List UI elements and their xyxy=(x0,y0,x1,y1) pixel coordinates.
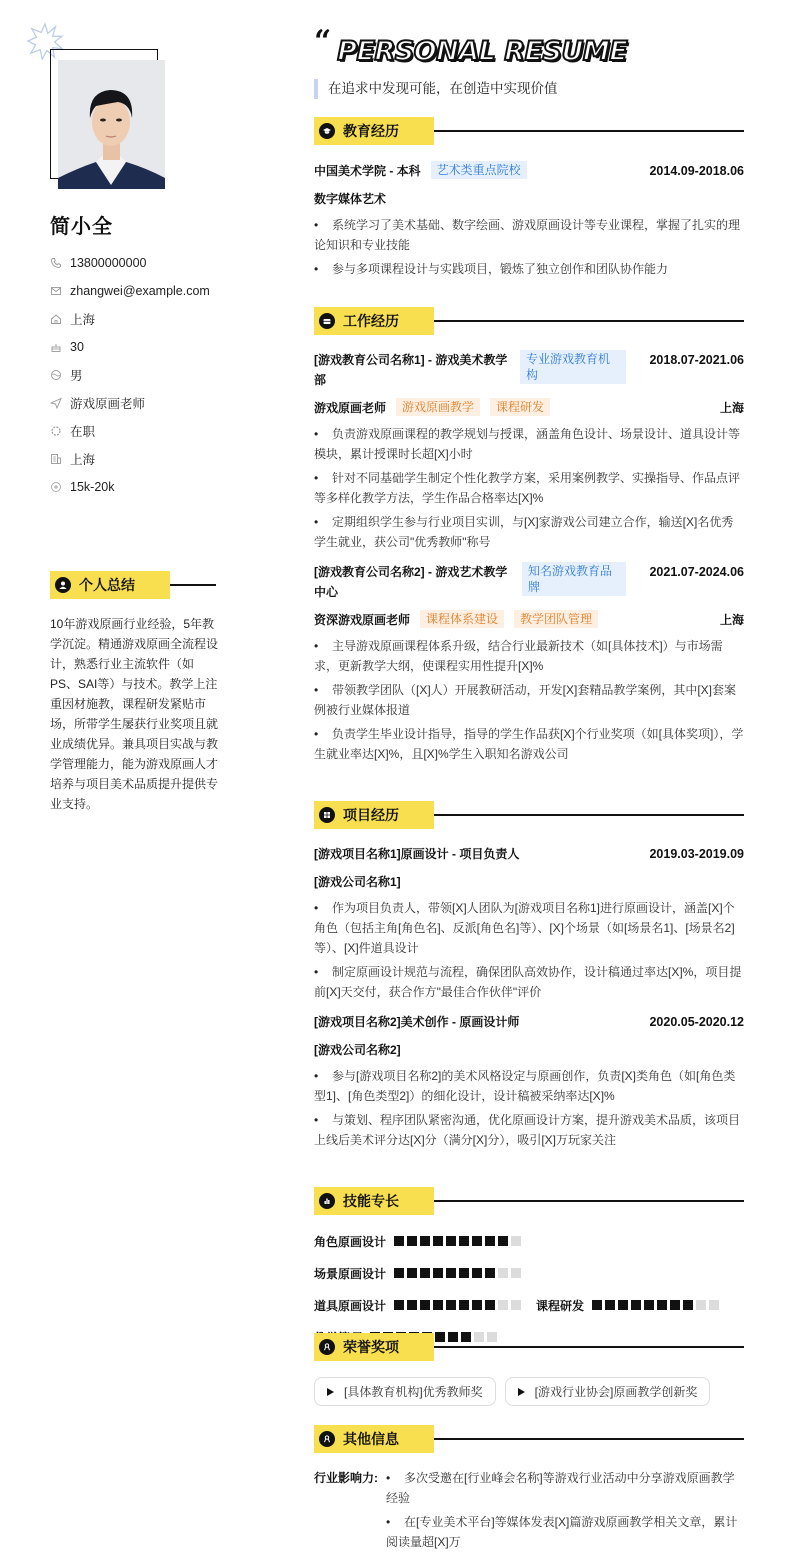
skill-level-block xyxy=(683,1300,693,1310)
skill-level-block xyxy=(605,1300,615,1310)
contact-city: 上海 xyxy=(50,445,210,473)
bullet-item: 主导游戏原画课程体系升级，结合行业最新技术（如[具体技术]）与市场需求，更新教学… xyxy=(314,636,744,676)
role-title: 游戏原画老师 xyxy=(314,398,386,418)
skill-level-block xyxy=(433,1268,443,1278)
awards-list: [具体教育机构]优秀教师奖 [游戏行业协会]原画教学创新奖 xyxy=(314,1377,744,1406)
skill-level-block xyxy=(644,1300,654,1310)
role-row: 游戏原画老师 游戏原画教学 课程研发 上海 xyxy=(314,398,744,418)
skill-level-block xyxy=(407,1300,417,1310)
bullet-item: 针对不同基础学生制定个性化教学方案，采用案例教学、实操指导、作品点评等多样化教学… xyxy=(314,468,744,508)
contact-value: zhangwei@example.com xyxy=(70,284,210,298)
awards-section: 荣誉奖项 [具体教育机构]优秀教师奖 [游戏行业协会]原画教学创新奖 xyxy=(314,1333,744,1406)
skill-level-block xyxy=(407,1268,417,1278)
section-header: 教育经历 xyxy=(314,117,744,145)
entry-date: 2020.05-2020.12 xyxy=(649,1012,744,1032)
divider xyxy=(434,1200,744,1202)
skill-level-block xyxy=(485,1268,495,1278)
school-name: 中国美术学院 - 本科 xyxy=(314,161,421,181)
projects-section: 项目经历 [游戏项目名称1]原画设计 - 项目负责人 2019.03-2019.… xyxy=(314,801,744,1154)
section-title: 技能专长 xyxy=(343,1191,399,1211)
bullet-list: 多次受邀在[行业峰会名称]等游戏行业活动中分享游戏原画教学经验 在[专业美术平台… xyxy=(386,1468,744,1556)
skill-level-block xyxy=(433,1300,443,1310)
skill-level-block xyxy=(446,1300,456,1310)
bullet-list: 主导游戏原画课程体系升级，结合行业最新技术（如[具体技术]）与市场需求，更新教学… xyxy=(314,636,744,764)
section-header: 荣誉奖项 xyxy=(314,1333,744,1361)
skills-section: 技能专长 角色原画设计场景原画设计道具原画设计课程研发教学管理 xyxy=(314,1187,744,1353)
skill-name: 道具原画设计 xyxy=(314,1297,386,1314)
skill-item: 课程研发 xyxy=(536,1289,722,1321)
title-text: PERSONAL RESUME xyxy=(337,32,627,72)
contact-value: 游戏原画老师 xyxy=(70,394,145,412)
award-icon xyxy=(319,1339,335,1355)
skill-level-block xyxy=(631,1300,641,1310)
skill-level-block xyxy=(420,1300,430,1310)
company-name: [游戏教育公司名称2] - 游戏艺术教学中心 xyxy=(314,562,516,602)
divider xyxy=(434,1438,744,1440)
project-company: [游戏公司名称1] xyxy=(314,872,744,892)
cake-icon xyxy=(50,341,62,353)
project-name: [游戏项目名称1]原画设计 - 项目负责人 xyxy=(314,844,519,864)
bullet-list: 作为项目负责人，带领[X]人团队为[游戏项目名称1]进行原画设计，涵盖[X]个角… xyxy=(314,898,744,1002)
section-title: 其他信息 xyxy=(343,1429,399,1449)
entry-header: [游戏教育公司名称2] - 游戏艺术教学中心 知名游戏教育品牌 2021.07-… xyxy=(314,562,744,602)
skill-level-block xyxy=(472,1236,482,1246)
skill-level-block xyxy=(485,1236,495,1246)
skill-level-block xyxy=(394,1236,404,1246)
skill-level-block xyxy=(618,1300,628,1310)
skill-level-block xyxy=(459,1300,469,1310)
award-label: [具体教育机构]优秀教师奖 xyxy=(344,1383,483,1400)
bullet-item: 负责游戏原画课程的教学规划与授课，涵盖角色设计、场景设计、道具设计等模块，累计授… xyxy=(314,424,744,464)
divider xyxy=(434,814,744,816)
company-name: [游戏教育公司名称1] - 游戏美术教学部 xyxy=(314,350,514,390)
contact-email: zhangwei@example.com xyxy=(50,277,210,305)
skill-name: 场景原画设计 xyxy=(314,1265,386,1282)
section-header: 技能专长 xyxy=(314,1187,744,1215)
role-tag: 游戏原画教学 xyxy=(396,398,480,416)
skill-level-block xyxy=(446,1236,456,1246)
other-section: 其他信息 行业影响力: 多次受邀在[行业峰会名称]等游戏行业活动中分享游戏原画教… xyxy=(314,1425,744,1556)
section-title: 工作经历 xyxy=(343,311,399,331)
divider xyxy=(434,130,744,132)
section-title: 项目经历 xyxy=(343,805,399,825)
entry-date: 2018.07-2021.06 xyxy=(649,350,744,370)
skill-level-block xyxy=(511,1300,521,1310)
role-title: 资深游戏原画老师 xyxy=(314,610,410,630)
contact-value: 男 xyxy=(70,366,83,384)
contact-status: 在职 xyxy=(50,417,210,445)
section-header: 个人总结 xyxy=(50,571,216,599)
contact-value: 在职 xyxy=(70,422,95,440)
skill-level-block xyxy=(472,1300,482,1310)
skill-level-block xyxy=(459,1236,469,1246)
school-tag: 艺术类重点院校 xyxy=(431,161,527,179)
section-badge: 其他信息 xyxy=(314,1425,434,1453)
mail-icon xyxy=(50,285,62,297)
award-label: [游戏行业协会]原画教学创新奖 xyxy=(535,1383,698,1400)
skill-item: 角色原画设计 xyxy=(314,1225,524,1257)
project-company: [游戏公司名称2] xyxy=(314,1040,744,1060)
bullet-item: 参与[游戏项目名称2]的美术风格设定与原画创作，负责[X]类角色（如[角色类型1… xyxy=(314,1066,744,1106)
skill-item: 场景原画设计 xyxy=(314,1257,524,1289)
section-badge: 技能专长 xyxy=(314,1187,434,1215)
company-tag: 知名游戏教育品牌 xyxy=(522,562,626,596)
entry-date: 2014.09-2018.06 xyxy=(649,161,744,181)
skill-level-block xyxy=(420,1236,430,1246)
skill-item: 道具原画设计 xyxy=(314,1289,524,1321)
entry-date: 2019.03-2019.09 xyxy=(649,844,744,864)
bullet-item: 系统学习了美术基础、数字绘画、游戏原画设计等专业课程，掌握了扎实的理论知识和专业… xyxy=(314,215,744,255)
section-header: 其他信息 xyxy=(314,1425,744,1453)
location: 上海 xyxy=(720,398,744,418)
skill-level-block xyxy=(407,1236,417,1246)
role-tag: 教学团队管理 xyxy=(514,610,598,628)
project-entry: [游戏项目名称1]原画设计 - 项目负责人 2019.03-2019.09 [游… xyxy=(314,844,744,1002)
bullet-list: 负责游戏原画课程的教学规划与授课，涵盖角色设计、场景设计、道具设计等模块，累计授… xyxy=(314,424,744,552)
play-triangle-icon xyxy=(327,1388,334,1396)
section-header: 工作经历 xyxy=(314,307,744,335)
grid-icon xyxy=(319,807,335,823)
bullet-item: 参与多项课程设计与实践项目，锻炼了独立创作和团队协作能力 xyxy=(314,259,744,279)
contact-salary: 15k-20k xyxy=(50,473,210,501)
phone-icon xyxy=(50,257,62,269)
quote-mark-icon: “ xyxy=(314,28,327,56)
section-badge: 项目经历 xyxy=(314,801,434,829)
skill-level-block xyxy=(709,1300,719,1310)
summary-text: 10年游戏原画行业经验，5年教学沉淀。精通游戏原画全流程设计，熟悉行业主流软件（… xyxy=(50,614,218,814)
skill-level-block xyxy=(446,1268,456,1278)
other-info-key: 行业影响力: xyxy=(314,1468,386,1556)
award-item: [具体教育机构]优秀教师奖 xyxy=(314,1377,496,1406)
divider xyxy=(170,584,216,586)
send-icon xyxy=(50,397,62,409)
avatar xyxy=(58,60,165,189)
section-title: 教育经历 xyxy=(343,121,399,141)
bullet-list: 参与[游戏项目名称2]的美术风格设定与原画创作，负责[X]类角色（如[角色类型1… xyxy=(314,1066,744,1150)
role-tag: 课程研发 xyxy=(490,398,550,416)
home-icon xyxy=(50,313,62,325)
bullet-item: 与策划、程序团队紧密沟通，优化原画设计方案，提升游戏美术品质，该项目上线后美术评… xyxy=(314,1110,744,1150)
summary-section: 个人总结 xyxy=(50,571,216,599)
contact-age: 30 xyxy=(50,333,210,361)
skill-level-block xyxy=(433,1236,443,1246)
education-entry: 中国美术学院 - 本科 艺术类重点院校 2014.09-2018.06 数字媒体… xyxy=(314,161,744,279)
divider xyxy=(434,320,744,322)
bullet-item: 在[专业美术平台]等媒体发表[X]篇游戏原画教学相关文章，累计阅读量超[X]万 xyxy=(386,1512,744,1552)
bullet-item: 负责学生毕业设计指导，指导的学生作品获[X]个行业奖项（如[具体奖项]），学生就… xyxy=(314,724,744,764)
entry-header: 中国美术学院 - 本科 艺术类重点院校 2014.09-2018.06 xyxy=(314,161,744,181)
role-tag: 课程体系建设 xyxy=(420,610,504,628)
award-item: [游戏行业协会]原画教学创新奖 xyxy=(505,1377,711,1406)
skill-level-block xyxy=(696,1300,706,1310)
section-header: 项目经历 xyxy=(314,801,744,829)
contact-position: 游戏原画老师 xyxy=(50,389,210,417)
skill-level-block xyxy=(472,1268,482,1278)
bullet-list: 系统学习了美术基础、数字绘画、游戏原画设计等专业课程，掌握了扎实的理论知识和专业… xyxy=(314,215,744,279)
entry-header: [游戏项目名称1]原画设计 - 项目负责人 2019.03-2019.09 xyxy=(314,844,744,864)
contact-value: 上海 xyxy=(70,310,95,328)
work-entry: [游戏教育公司名称1] - 游戏美术教学部 专业游戏教育机构 2018.07-2… xyxy=(314,350,744,552)
skill-level-block xyxy=(394,1300,404,1310)
slogan: 在追求中发现可能，在创造中实现价值 xyxy=(314,79,558,99)
briefcase-icon xyxy=(319,313,335,329)
major: 数字媒体艺术 xyxy=(314,189,744,209)
skill-level-block xyxy=(498,1300,508,1310)
other-info-row: 行业影响力: 多次受邀在[行业峰会名称]等游戏行业活动中分享游戏原画教学经验 在… xyxy=(314,1468,744,1556)
entry-date: 2021.07-2024.06 xyxy=(649,562,744,582)
bar-chart-icon xyxy=(319,1193,335,1209)
contact-gender: 男 xyxy=(50,361,210,389)
contact-location: 上海 xyxy=(50,305,210,333)
role-row: 资深游戏原画老师 课程体系建设 教学团队管理 上海 xyxy=(314,610,744,630)
section-badge: 教育经历 xyxy=(314,117,434,145)
project-entry: [游戏项目名称2]美术创作 - 原画设计师 2020.05-2020.12 [游… xyxy=(314,1012,744,1150)
entry-header: [游戏项目名称2]美术创作 - 原画设计师 2020.05-2020.12 xyxy=(314,1012,744,1032)
skill-name: 课程研发 xyxy=(536,1297,584,1314)
bullet-item: 多次受邀在[行业峰会名称]等游戏行业活动中分享游戏原画教学经验 xyxy=(386,1468,744,1508)
entry-header: [游戏教育公司名称1] - 游戏美术教学部 专业游戏教育机构 2018.07-2… xyxy=(314,350,744,390)
bullet-item: 作为项目负责人，带领[X]人团队为[游戏项目名称1]进行原画设计，涵盖[X]个角… xyxy=(314,898,744,958)
section-title: 荣誉奖项 xyxy=(343,1337,399,1357)
building-icon xyxy=(50,453,62,465)
skill-level-block xyxy=(498,1268,508,1278)
play-triangle-icon xyxy=(518,1388,525,1396)
divider xyxy=(434,1346,744,1348)
skill-level-block xyxy=(459,1268,469,1278)
status-icon xyxy=(50,425,62,437)
project-name: [游戏项目名称2]美术创作 - 原画设计师 xyxy=(314,1012,519,1032)
contact-value: 30 xyxy=(70,340,84,354)
contact-value: 13800000000 xyxy=(70,256,146,270)
skill-level-block xyxy=(420,1268,430,1278)
company-tag: 专业游戏教育机构 xyxy=(520,350,626,384)
resume-title: “ PERSONAL RESUME xyxy=(314,28,627,72)
work-entry: [游戏教育公司名称2] - 游戏艺术教学中心 知名游戏教育品牌 2021.07-… xyxy=(314,562,744,764)
skill-level-block xyxy=(485,1300,495,1310)
work-section: 工作经历 [游戏教育公司名称1] - 游戏美术教学部 专业游戏教育机构 2018… xyxy=(314,307,744,768)
skill-level-block xyxy=(511,1236,521,1246)
section-badge: 工作经历 xyxy=(314,307,434,335)
section-badge: 荣誉奖项 xyxy=(314,1333,434,1361)
skill-level-block xyxy=(657,1300,667,1310)
contact-phone: 13800000000 xyxy=(50,249,210,277)
graduation-cap-icon xyxy=(319,123,335,139)
sidebar: 简小全 13800000000 zhangwei@example.com 上海 … xyxy=(0,0,290,1561)
skill-name: 角色原画设计 xyxy=(314,1233,386,1250)
bullet-item: 带领教学团队（[X]人）开展教研活动，开发[X]套精品教学案例，其中[X]套案例… xyxy=(314,680,744,720)
skill-level-block xyxy=(511,1268,521,1278)
bullet-item: 定期组织学生参与行业项目实训，与[X]家游戏公司建立合作，输送[X]名优秀学生就… xyxy=(314,512,744,552)
contact-value: 15k-20k xyxy=(70,480,114,494)
section-title: 个人总结 xyxy=(79,575,135,595)
skill-level-block xyxy=(498,1236,508,1246)
section-badge: 个人总结 xyxy=(50,571,170,599)
contact-value: 上海 xyxy=(70,450,95,468)
bullet-item: 制定原画设计规范与流程，确保团队高效协作，设计稿通过率达[X]%，项目提前[X]… xyxy=(314,962,744,1002)
candidate-name: 简小全 xyxy=(50,210,113,239)
skill-level-block xyxy=(394,1268,404,1278)
education-section: 教育经历 中国美术学院 - 本科 艺术类重点院校 2014.09-2018.06… xyxy=(314,117,744,283)
contact-list: 13800000000 zhangwei@example.com 上海 30 男… xyxy=(50,249,210,501)
skill-level-block xyxy=(670,1300,680,1310)
user-icon xyxy=(55,577,71,593)
location: 上海 xyxy=(720,610,744,630)
skill-level-block xyxy=(592,1300,602,1310)
salary-icon xyxy=(50,481,62,493)
info-icon xyxy=(319,1431,335,1447)
gender-icon xyxy=(50,369,62,381)
